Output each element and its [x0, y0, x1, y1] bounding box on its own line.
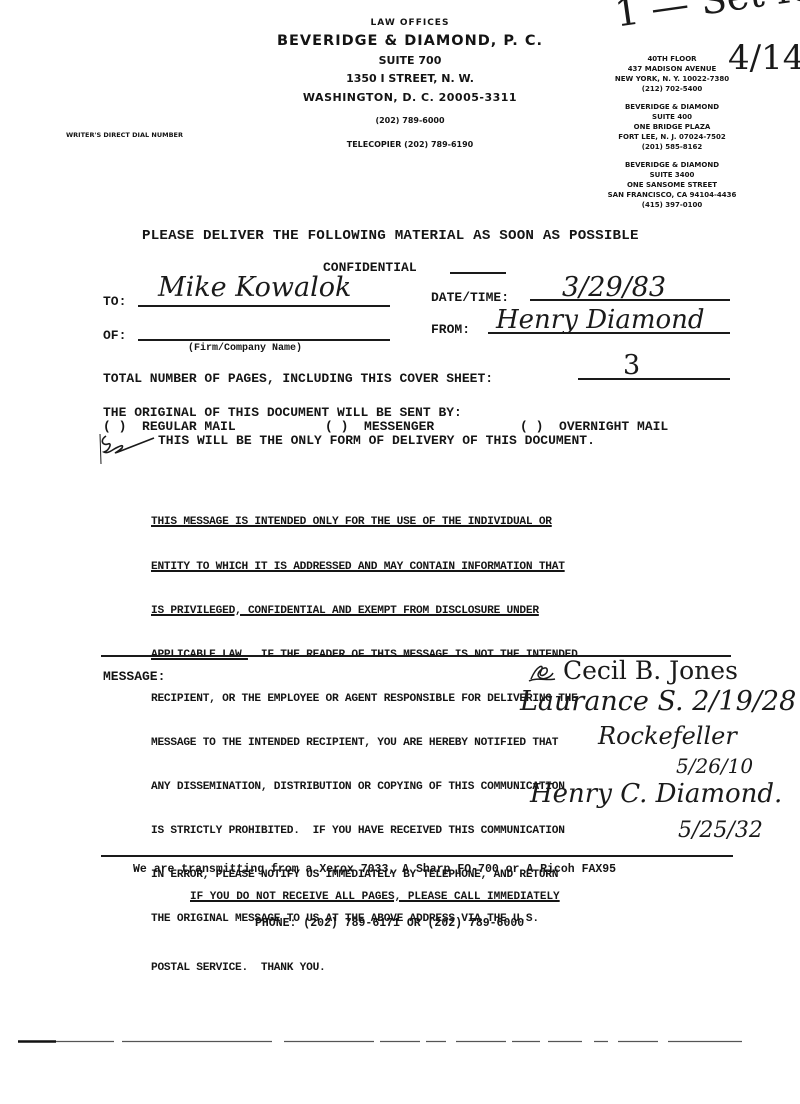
message-line-1: Cecil B. Jones: [563, 656, 738, 685]
branch-office-line: BEVERIDGE & DIAMOND: [592, 160, 752, 170]
pages-value: 3: [623, 350, 640, 381]
date-value: 3/29/83: [562, 272, 666, 303]
branch-office-line: ONE BRIDGE PLAZA: [592, 122, 752, 132]
page-edge-line: [18, 1030, 798, 1033]
branch-fort-lee: BEVERIDGE & DIAMONDSUITE 400ONE BRIDGE P…: [592, 102, 752, 152]
notice-line: IS PRIVILEGED, CONFIDENTIAL AND EXEMPT F…: [151, 604, 578, 619]
firm-telecopier: TELECOPIER (202) 789-6190: [260, 138, 560, 152]
handwritten-annotation: 1 — Set for: [612, 0, 800, 36]
message-line-4: 5/26/10: [676, 754, 753, 778]
confidential-field[interactable]: [450, 272, 506, 274]
branch-san-francisco: BEVERIDGE & DIAMONDSUITE 3400ONE SANSOME…: [592, 160, 752, 210]
of-field[interactable]: [138, 339, 390, 341]
message-line-5: Henry C. Diamond.: [530, 779, 782, 809]
notice-line: THIS MESSAGE IS INTENDED ONLY FOR THE US…: [151, 515, 578, 530]
branch-office-line: (212) 702-5400: [592, 84, 752, 94]
delivery-heading: PLEASE DELIVER THE FOLLOWING MATERIAL AS…: [142, 228, 639, 244]
to-label: TO:: [103, 294, 126, 309]
equipment-note: We are transmitting from a Xerox 7033, A…: [133, 863, 616, 876]
firm-city: WASHINGTON, D. C. 20005-3311: [260, 88, 560, 107]
branch-office-line: SUITE 3400: [592, 170, 752, 180]
message-bottom-rule: [101, 855, 733, 857]
contact-phone: PHONE: (202) 789-6171 OR (202) 789-6000: [255, 917, 524, 930]
branch-office-line: BEVERIDGE & DIAMOND: [592, 102, 752, 112]
branch-office-line: (201) 585-8162: [592, 142, 752, 152]
checkmark-initials-icon[interactable]: [98, 432, 158, 466]
firm-street: 1350 I STREET, N. W.: [260, 70, 560, 88]
message-label: MESSAGE:: [103, 669, 165, 684]
branch-office-line: SAN FRANCISCO, CA 94104-4436: [592, 190, 752, 200]
firm-suite: SUITE 700: [260, 52, 560, 70]
option-messenger[interactable]: ( ) MESSENGER: [325, 419, 434, 434]
notice-line: POSTAL SERVICE. THANK YOU.: [151, 961, 578, 976]
to-value: Mike Kowalok: [158, 272, 351, 303]
checkbox-messenger[interactable]: ( ): [325, 419, 348, 434]
of-label: OF:: [103, 328, 126, 343]
branch-office-line: (415) 397-0100: [592, 200, 752, 210]
notice-line: ANY DISSEMINATION, DISTRIBUTION OR COPYI…: [151, 780, 578, 795]
message-line-2: Laurance S. 2/19/28: [520, 686, 796, 717]
of-caption: (Firm/Company Name): [188, 343, 302, 354]
branch-office-line: FORT LEE, N. J. 07024-7502: [592, 132, 752, 142]
original-sent-by-label: THE ORIGINAL OF THIS DOCUMENT WILL BE SE…: [103, 405, 462, 420]
law-offices-label: LAW OFFICES: [260, 16, 560, 30]
message-line-3: Rockefeller: [598, 722, 737, 750]
missing-pages-notice: IF YOU DO NOT RECEIVE ALL PAGES, PLEASE …: [190, 891, 560, 903]
handwritten-annotation-date: 4/14: [728, 38, 800, 78]
from-label: FROM:: [431, 322, 470, 337]
option-overnight-mail[interactable]: ( ) OVERNIGHT MAIL: [520, 419, 668, 434]
checkbox-overnight-mail[interactable]: ( ): [520, 419, 543, 434]
notice-line: ENTITY TO WHICH IT IS ADDRESSED AND MAY …: [151, 560, 578, 575]
to-field[interactable]: [138, 305, 390, 307]
branch-office-line: SUITE 400: [592, 112, 752, 122]
letterhead: LAW OFFICES BEVERIDGE & DIAMOND, P. C. S…: [260, 16, 560, 152]
pages-label: TOTAL NUMBER OF PAGES, INCLUDING THIS CO…: [103, 371, 493, 386]
pages-field[interactable]: [578, 378, 730, 380]
writers-direct-dial-label: WRITER'S DIRECT DIAL NUMBER: [66, 131, 183, 139]
notice-line: MESSAGE TO THE INTENDED RECIPIENT, YOU A…: [151, 736, 578, 751]
only-form-of-delivery: THIS WILL BE THE ONLY FORM OF DELIVERY O…: [158, 433, 595, 448]
branch-office-line: ONE SANSOME STREET: [592, 180, 752, 190]
firm-phone: (202) 789-6000: [260, 114, 560, 128]
notice-line: RECIPIENT, OR THE EMPLOYEE OR AGENT RESP…: [151, 692, 578, 707]
message-line-6: 5/25/32: [678, 818, 763, 843]
firm-name: BEVERIDGE & DIAMOND, P. C.: [260, 30, 560, 52]
notice-line: IS STRICTLY PROHIBITED. IF YOU HAVE RECE…: [151, 824, 578, 839]
scribble-icon: [527, 661, 557, 685]
from-value: Henry Diamond: [496, 305, 705, 335]
date-label: DATE/TIME:: [431, 290, 509, 305]
confidentiality-notice: THIS MESSAGE IS INTENDED ONLY FOR THE US…: [151, 486, 578, 990]
